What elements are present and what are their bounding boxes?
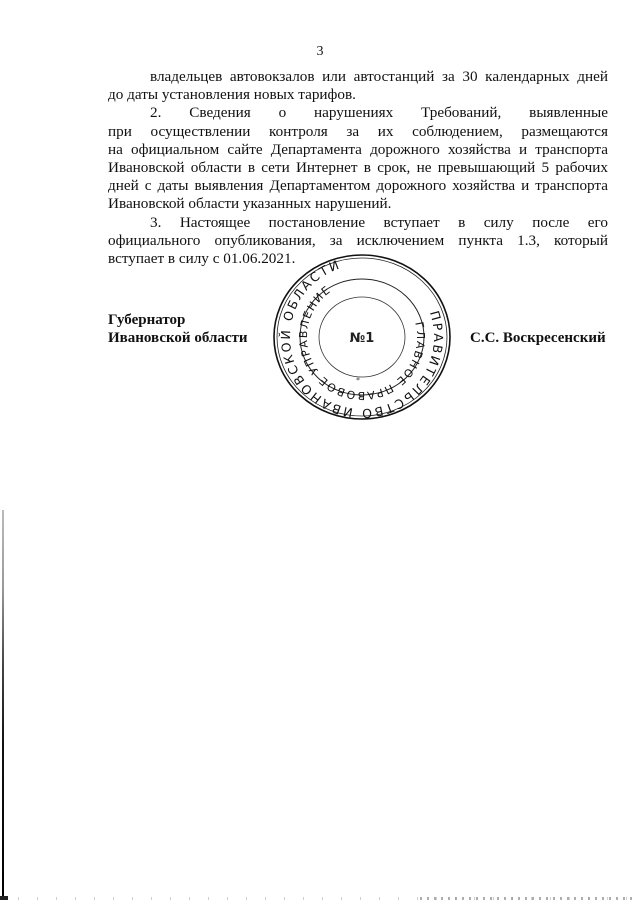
signatory-title: Губернатор (108, 311, 248, 329)
page-number: 3 (0, 44, 640, 60)
document-page: 3 владельцев автовокзалов или автостанци… (0, 0, 640, 905)
stamp-star-bottom: * (360, 394, 365, 404)
paragraph-continuation: владельцев автовокзалов или автостанций … (108, 68, 608, 104)
text-line: дней с даты выявления Департаментом доро… (108, 177, 608, 195)
stamp-seal-icon: ПРАВИТЕЛЬСТВО ИВАНОВСКОЙ ОБЛАСТИ ГЛАВНОЕ… (270, 252, 454, 422)
text-line: 2. Сведения о нарушениях Требований, выя… (108, 104, 608, 122)
text-line: до даты установления новых тарифов. (108, 86, 608, 104)
document-body: владельцев автовокзалов или автостанций … (108, 68, 608, 268)
signatory-region: Ивановской области (108, 329, 248, 347)
text-line: Ивановской области указанных нарушений. (108, 195, 608, 213)
text-line: 3. Настоящее постановление вступает в си… (108, 214, 608, 232)
scan-edge-bottom-noise (415, 897, 637, 900)
stamp-star-inner: * (356, 376, 360, 385)
official-stamp: ПРАВИТЕЛЬСТВО ИВАНОВСКОЙ ОБЛАСТИ ГЛАВНОЕ… (270, 252, 454, 422)
paragraph-item-2: 2. Сведения о нарушениях Требований, выя… (108, 104, 608, 213)
stamp-center-text: №1 (350, 331, 375, 346)
signatory-name: С.С. Воскресенский (470, 329, 606, 347)
signatory-position: Губернатор Ивановской области (108, 311, 248, 347)
text-line: на официальном сайте Департамента дорожн… (108, 141, 608, 159)
scan-edge-left (2, 510, 4, 900)
text-line: официального опубликования, за исключени… (108, 232, 608, 250)
text-line: при осуществлении контроля за их соблюде… (108, 123, 608, 141)
text-line: Ивановской области в сети Интернет в сро… (108, 159, 608, 177)
scan-corner-mark (0, 896, 8, 900)
text-line: владельцев автовокзалов или автостанций … (108, 68, 608, 86)
